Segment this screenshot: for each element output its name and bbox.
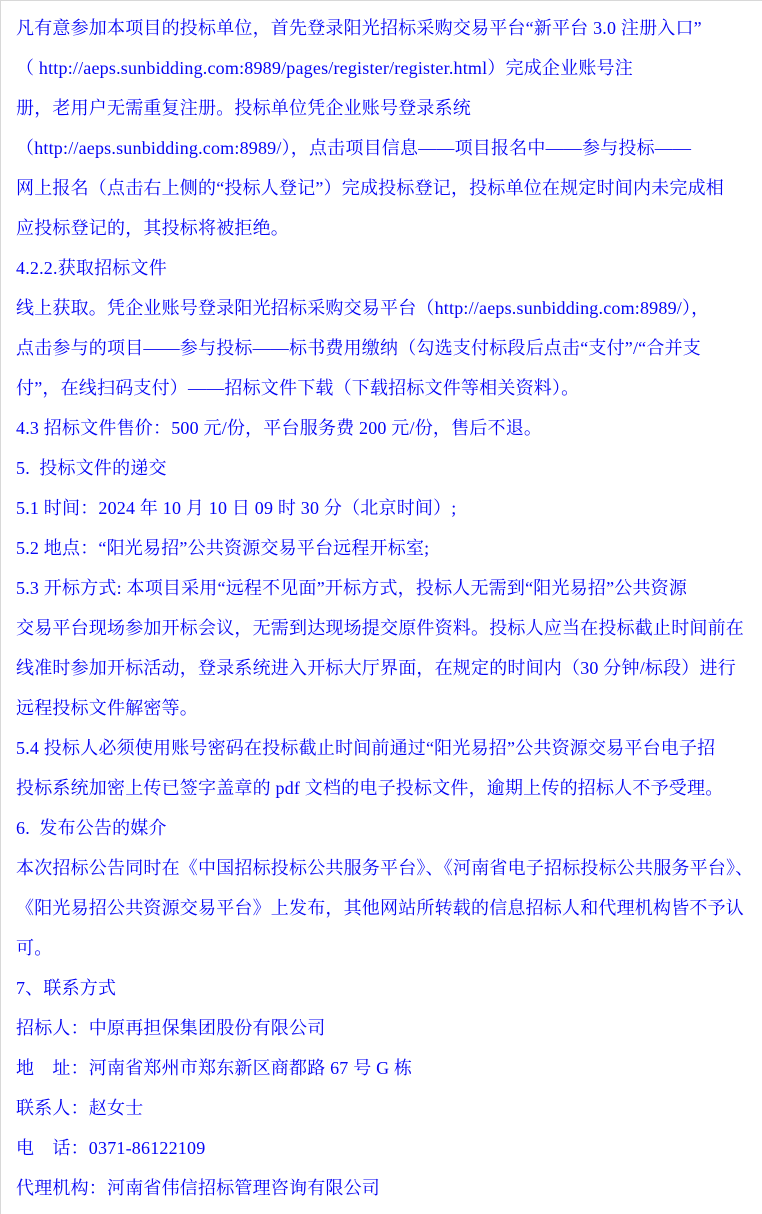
text-line: 凡有意参加本项目的投标单位，首先登录阳光招标采购交易平台“新平台 3.0 注册入… xyxy=(16,8,750,48)
contact-address-line: 地 址：河南省郑州市郑东新区商都路 67 号 G 栋 xyxy=(16,1048,750,1088)
text-line: 《阳光易招公共资源交易平台》上发布，其他网站所转载的信息招标人和代理机构皆不予认 xyxy=(16,888,750,928)
text-line: 5.4 投标人必须使用账号密码在投标截止时间前通过“阳光易招”公共资源交易平台电… xyxy=(16,728,750,768)
text-line: 远程投标文件解密等。 xyxy=(16,688,750,728)
contact-person-line: 联系人：赵女士 xyxy=(16,1088,750,1128)
text-line: 应投标登记的，其投标将被拒绝。 xyxy=(16,208,750,248)
text-line: 可。 xyxy=(16,928,750,968)
text-line: 付”，在线扫码支付）——招标文件下载（下载招标文件等相关资料）。 xyxy=(16,368,750,408)
text-line-url: 线上获取。凭企业账号登录阳光招标采购交易平台（http://aeps.sunbi… xyxy=(16,288,750,328)
text-line: 5.3 开标方式: 本项目采用“远程不见面”开标方式，投标人无需到“阳光易招”公… xyxy=(16,568,750,608)
section-heading: 7、联系方式 xyxy=(16,968,750,1008)
text-line-url: （ http://aeps.sunbidding.com:8989/pages/… xyxy=(16,48,750,88)
text-line: 本次招标公告同时在《中国招标投标公共服务平台》、《河南省电子招标投标公共服务平台… xyxy=(16,848,750,888)
text-line: 线准时参加开标活动，登录系统进入开标大厅界面，在规定的时间内（30 分钟/标段）… xyxy=(16,648,750,688)
text-line: 5.2 地点：“阳光易招”公共资源交易平台远程开标室; xyxy=(16,528,750,568)
contact-phone-line: 电 话：0371-86122109 xyxy=(16,1128,750,1168)
section-heading: 4.2.2.获取招标文件 xyxy=(16,248,750,288)
text-line: 交易平台现场参加开标会议，无需到达现场提交原件资料。投标人应当在投标截止时间前在 xyxy=(16,608,750,648)
contact-tenderer-line: 招标人：中原再担保集团股份有限公司 xyxy=(16,1008,750,1048)
section-heading: 6. 发布公告的媒介 xyxy=(16,808,750,848)
document-page: 凡有意参加本项目的投标单位，首先登录阳光招标采购交易平台“新平台 3.0 注册入… xyxy=(0,0,762,1214)
text-line: 5.1 时间：2024 年 10 月 10 日 09 时 30 分（北京时间）; xyxy=(16,488,750,528)
text-line-url: （http://aeps.sunbidding.com:8989/），点击项目信… xyxy=(16,128,750,168)
text-line: 4.3 招标文件售价：500 元/份，平台服务费 200 元/份，售后不退。 xyxy=(16,408,750,448)
text-line: 点击参与的项目——参与投标——标书费用缴纳（勾选支付标段后点击“支付”/“合并支 xyxy=(16,328,750,368)
contact-agency-line: 代理机构：河南省伟信招标管理咨询有限公司 xyxy=(16,1168,750,1208)
text-line: 投标系统加密上传已签字盖章的 pdf 文档的电子投标文件，逾期上传的招标人不予受… xyxy=(16,768,750,808)
text-line: 册，老用户无需重复注册。投标单位凭企业账号登录系统 xyxy=(16,88,750,128)
section-heading: 5. 投标文件的递交 xyxy=(16,448,750,488)
text-line: 网上报名（点击右上侧的“投标人登记”）完成投标登记，投标单位在规定时间内未完成相 xyxy=(16,168,750,208)
